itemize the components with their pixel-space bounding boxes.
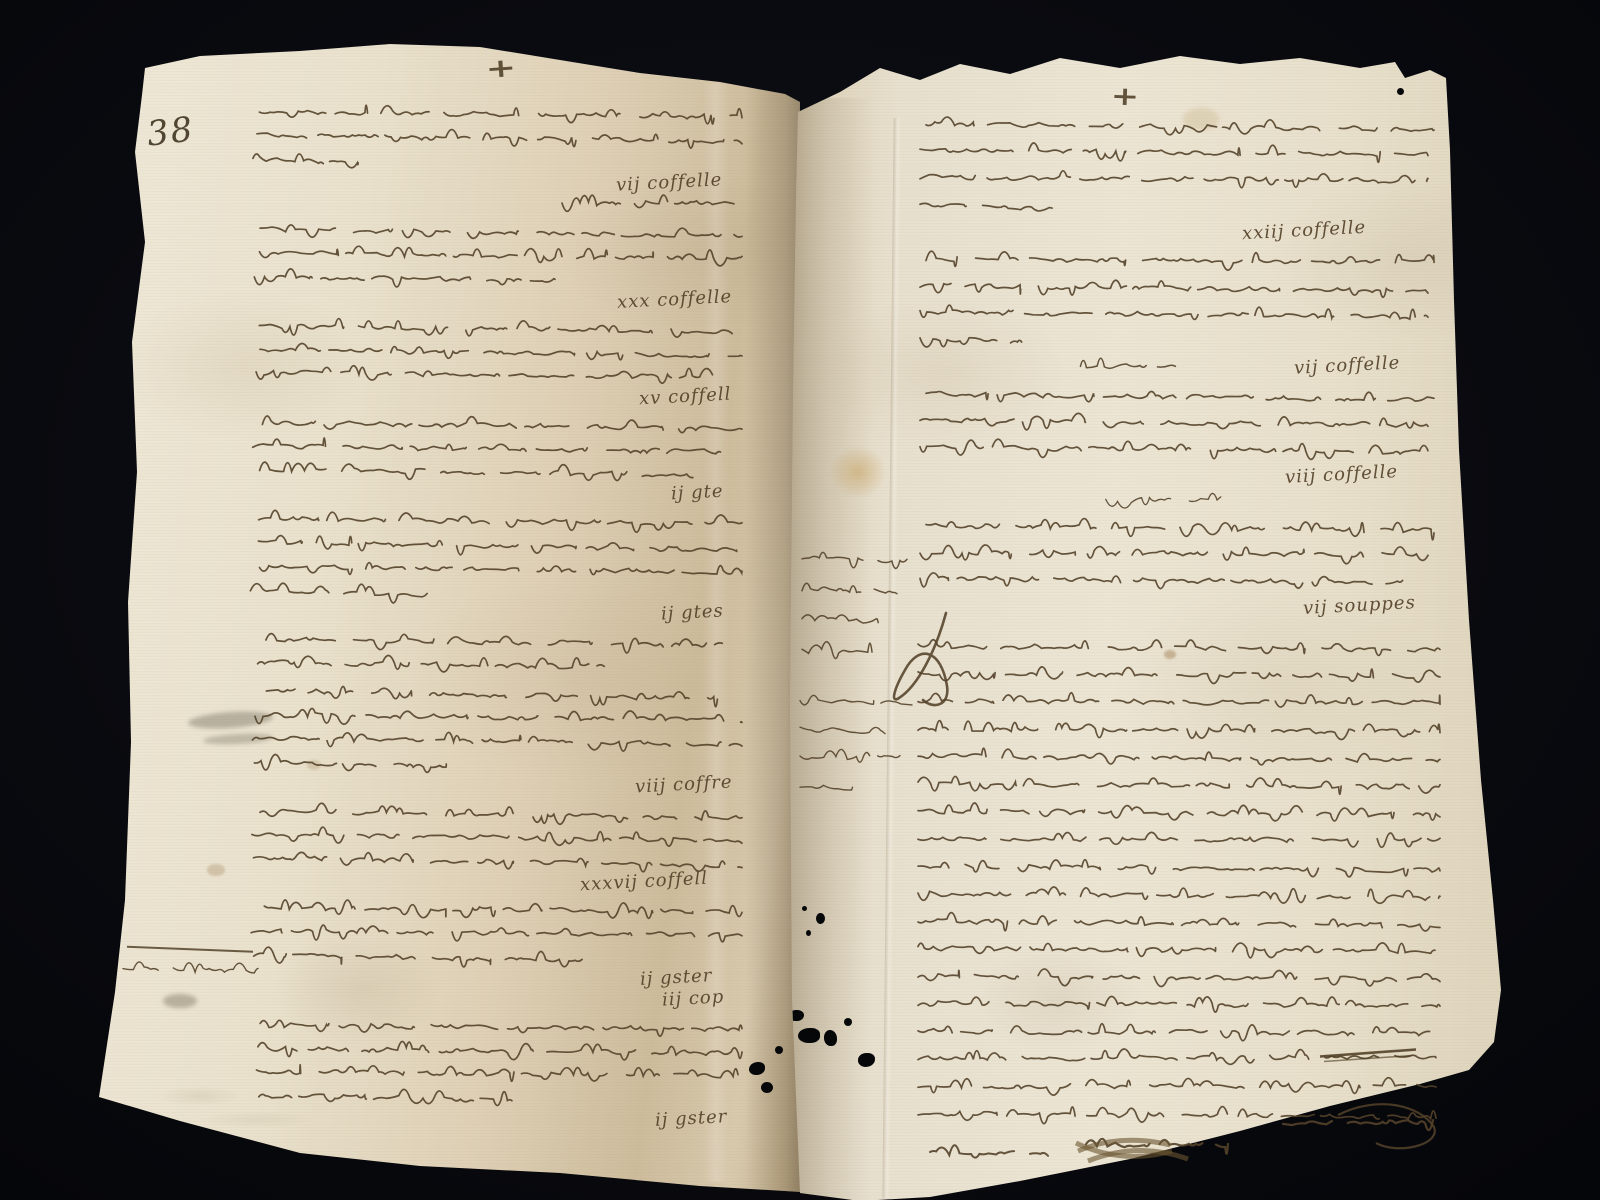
gutter-margin-note-line — [800, 749, 900, 762]
handwriting-line — [254, 754, 446, 772]
handwriting-line — [918, 887, 1440, 903]
handwriting-line — [251, 925, 742, 942]
gutter-margin-note-line — [802, 642, 872, 659]
handwriting-line — [266, 634, 722, 653]
handwriting-line — [920, 545, 1428, 564]
handwriting-line — [264, 900, 742, 918]
handwriting-line — [918, 1107, 1436, 1124]
handwriting-line — [260, 462, 693, 480]
handwriting-line — [250, 583, 427, 603]
handwriting-line — [926, 519, 1434, 540]
amount-label: iij cop — [662, 986, 725, 1010]
handwriting-line — [926, 391, 1434, 401]
handwriting-line — [252, 827, 742, 846]
handwriting-line — [260, 225, 742, 238]
handwriting-line — [918, 640, 1440, 656]
handwriting-line — [918, 969, 1440, 987]
handwriting-line — [918, 776, 1440, 794]
handwriting-line — [257, 1065, 739, 1081]
manuscript-right-page: + xxiij coffellevij coffelleviij coffell… — [778, 48, 1518, 1200]
handwriting-line — [258, 1041, 742, 1059]
handwriting-line — [918, 1078, 1436, 1095]
handwriting-line — [254, 269, 555, 287]
centered-note-line — [1106, 493, 1221, 508]
handwriting-line — [266, 687, 717, 707]
handwriting-line — [926, 117, 1434, 135]
handwriting-line — [920, 338, 1022, 347]
handwriting-line — [258, 655, 605, 671]
handwriting-line — [920, 305, 1428, 319]
manuscript-left-page: 38 + vij coffellexxx coffellexv coffelli… — [85, 42, 805, 1197]
handwriting-line — [260, 803, 742, 824]
handwriting-line — [920, 171, 1428, 188]
handwriting-line — [918, 721, 1440, 740]
amount-label: ij gster — [639, 965, 712, 990]
gutter-margin-note-line — [802, 615, 878, 623]
amount-label: ij gster — [654, 1106, 727, 1131]
handwriting-line — [918, 667, 1440, 684]
margin-note-line — [123, 962, 258, 973]
signature-left — [930, 1145, 1048, 1157]
signature-flourish — [1338, 1104, 1435, 1148]
handwriting-line — [920, 280, 1428, 297]
right-handwriting-layer — [778, 48, 1518, 1200]
photo-backdrop: 38 + vij coffellexxx coffellexv coffelli… — [0, 0, 1600, 1200]
handwriting-line — [920, 143, 1428, 162]
margin-insertion-dash — [127, 947, 253, 952]
handwriting-line — [255, 708, 742, 724]
handwriting-line — [920, 203, 1052, 211]
handwriting-line — [918, 832, 1440, 847]
handwriting-line — [918, 1024, 1430, 1041]
handwriting-line — [918, 693, 1440, 707]
handwriting-line — [920, 573, 1403, 589]
handwriting-line — [918, 803, 1440, 821]
handwriting-line — [260, 343, 742, 359]
handwriting-line — [918, 913, 1440, 931]
handwriting-line — [260, 1020, 742, 1036]
handwriting-line — [258, 536, 736, 555]
handwriting-line — [257, 130, 742, 149]
amount-label: ij gtes — [661, 600, 725, 624]
handwriting-line — [253, 438, 721, 454]
handwriting-line — [918, 943, 1435, 958]
handwriting-line — [260, 563, 743, 575]
handwriting-line — [918, 748, 1440, 765]
handwriting-line — [920, 413, 1428, 429]
amount-label: ij gte — [671, 481, 724, 505]
centered-note-line — [1080, 358, 1175, 368]
handwriting-line — [252, 732, 742, 751]
gutter-margin-note-line — [800, 727, 885, 734]
handwriting-line — [254, 947, 582, 967]
right-aligned-flourish-line — [562, 195, 734, 211]
handwriting-line — [920, 439, 1428, 459]
handwriting-line — [918, 860, 1440, 877]
gutter-margin-note-line — [802, 552, 907, 568]
handwriting-line — [253, 154, 358, 168]
handwriting-line — [926, 251, 1434, 270]
handwriting-line — [918, 1049, 1436, 1064]
handwriting-line — [259, 1089, 512, 1105]
gutter-margin-note-line — [802, 583, 897, 593]
handwriting-line — [262, 416, 742, 433]
handwriting-line — [259, 319, 732, 338]
handwriting-line — [260, 246, 743, 266]
handwriting-line — [259, 105, 742, 124]
paraph-flourish — [894, 613, 947, 705]
gutter-margin-note-line — [800, 785, 853, 790]
amount-label: xv coffell — [639, 383, 732, 409]
handwriting-line — [256, 366, 712, 384]
signature-right — [1283, 1120, 1433, 1130]
handwriting-line — [918, 996, 1440, 1012]
handwriting-line — [259, 510, 742, 532]
